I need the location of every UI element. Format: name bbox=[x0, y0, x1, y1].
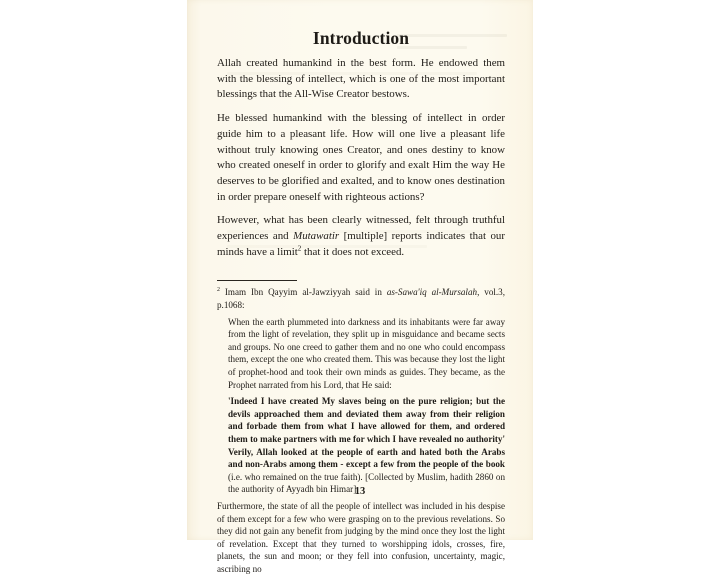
footnote-quote: When the earth plummeted into darkness a… bbox=[228, 316, 505, 496]
page-content: Introduction Allah created humankind in … bbox=[217, 27, 505, 540]
paragraph-3-italic-term: Mutawatir bbox=[293, 230, 339, 242]
footnote-quote-plain: When the earth plummeted into darkness a… bbox=[228, 316, 505, 392]
footnote-intro-text: Imam Ibn Qayyim al-Jawziyyah said in bbox=[220, 287, 387, 297]
chapter-title: Introduction bbox=[217, 27, 505, 49]
footnote-continuation: Furthermore, the state of all the people… bbox=[217, 500, 505, 540]
footnote-divider bbox=[217, 280, 297, 281]
book-page: Introduction Allah created humankind in … bbox=[187, 0, 533, 540]
footnote-hadith: 'Indeed I have created My slaves being o… bbox=[228, 395, 505, 496]
paragraph-3: However, what has been clearly witnessed… bbox=[217, 213, 505, 260]
paragraph-2: He blessed humankind with the blessing o… bbox=[217, 111, 505, 205]
paragraph-1: Allah created humankind in the best form… bbox=[217, 56, 505, 103]
page-number: 13 bbox=[187, 486, 533, 497]
footnote-source-title: as-Sawa'iq al-Mursalah bbox=[387, 287, 477, 297]
footnote-hadith-bold: 'Indeed I have created My slaves being o… bbox=[228, 396, 505, 469]
paragraph-3-text-c: that it does not exceed. bbox=[301, 246, 404, 258]
footnote-intro: 2 Imam Ibn Qayyim al-Jawziyyah said in a… bbox=[217, 286, 505, 311]
